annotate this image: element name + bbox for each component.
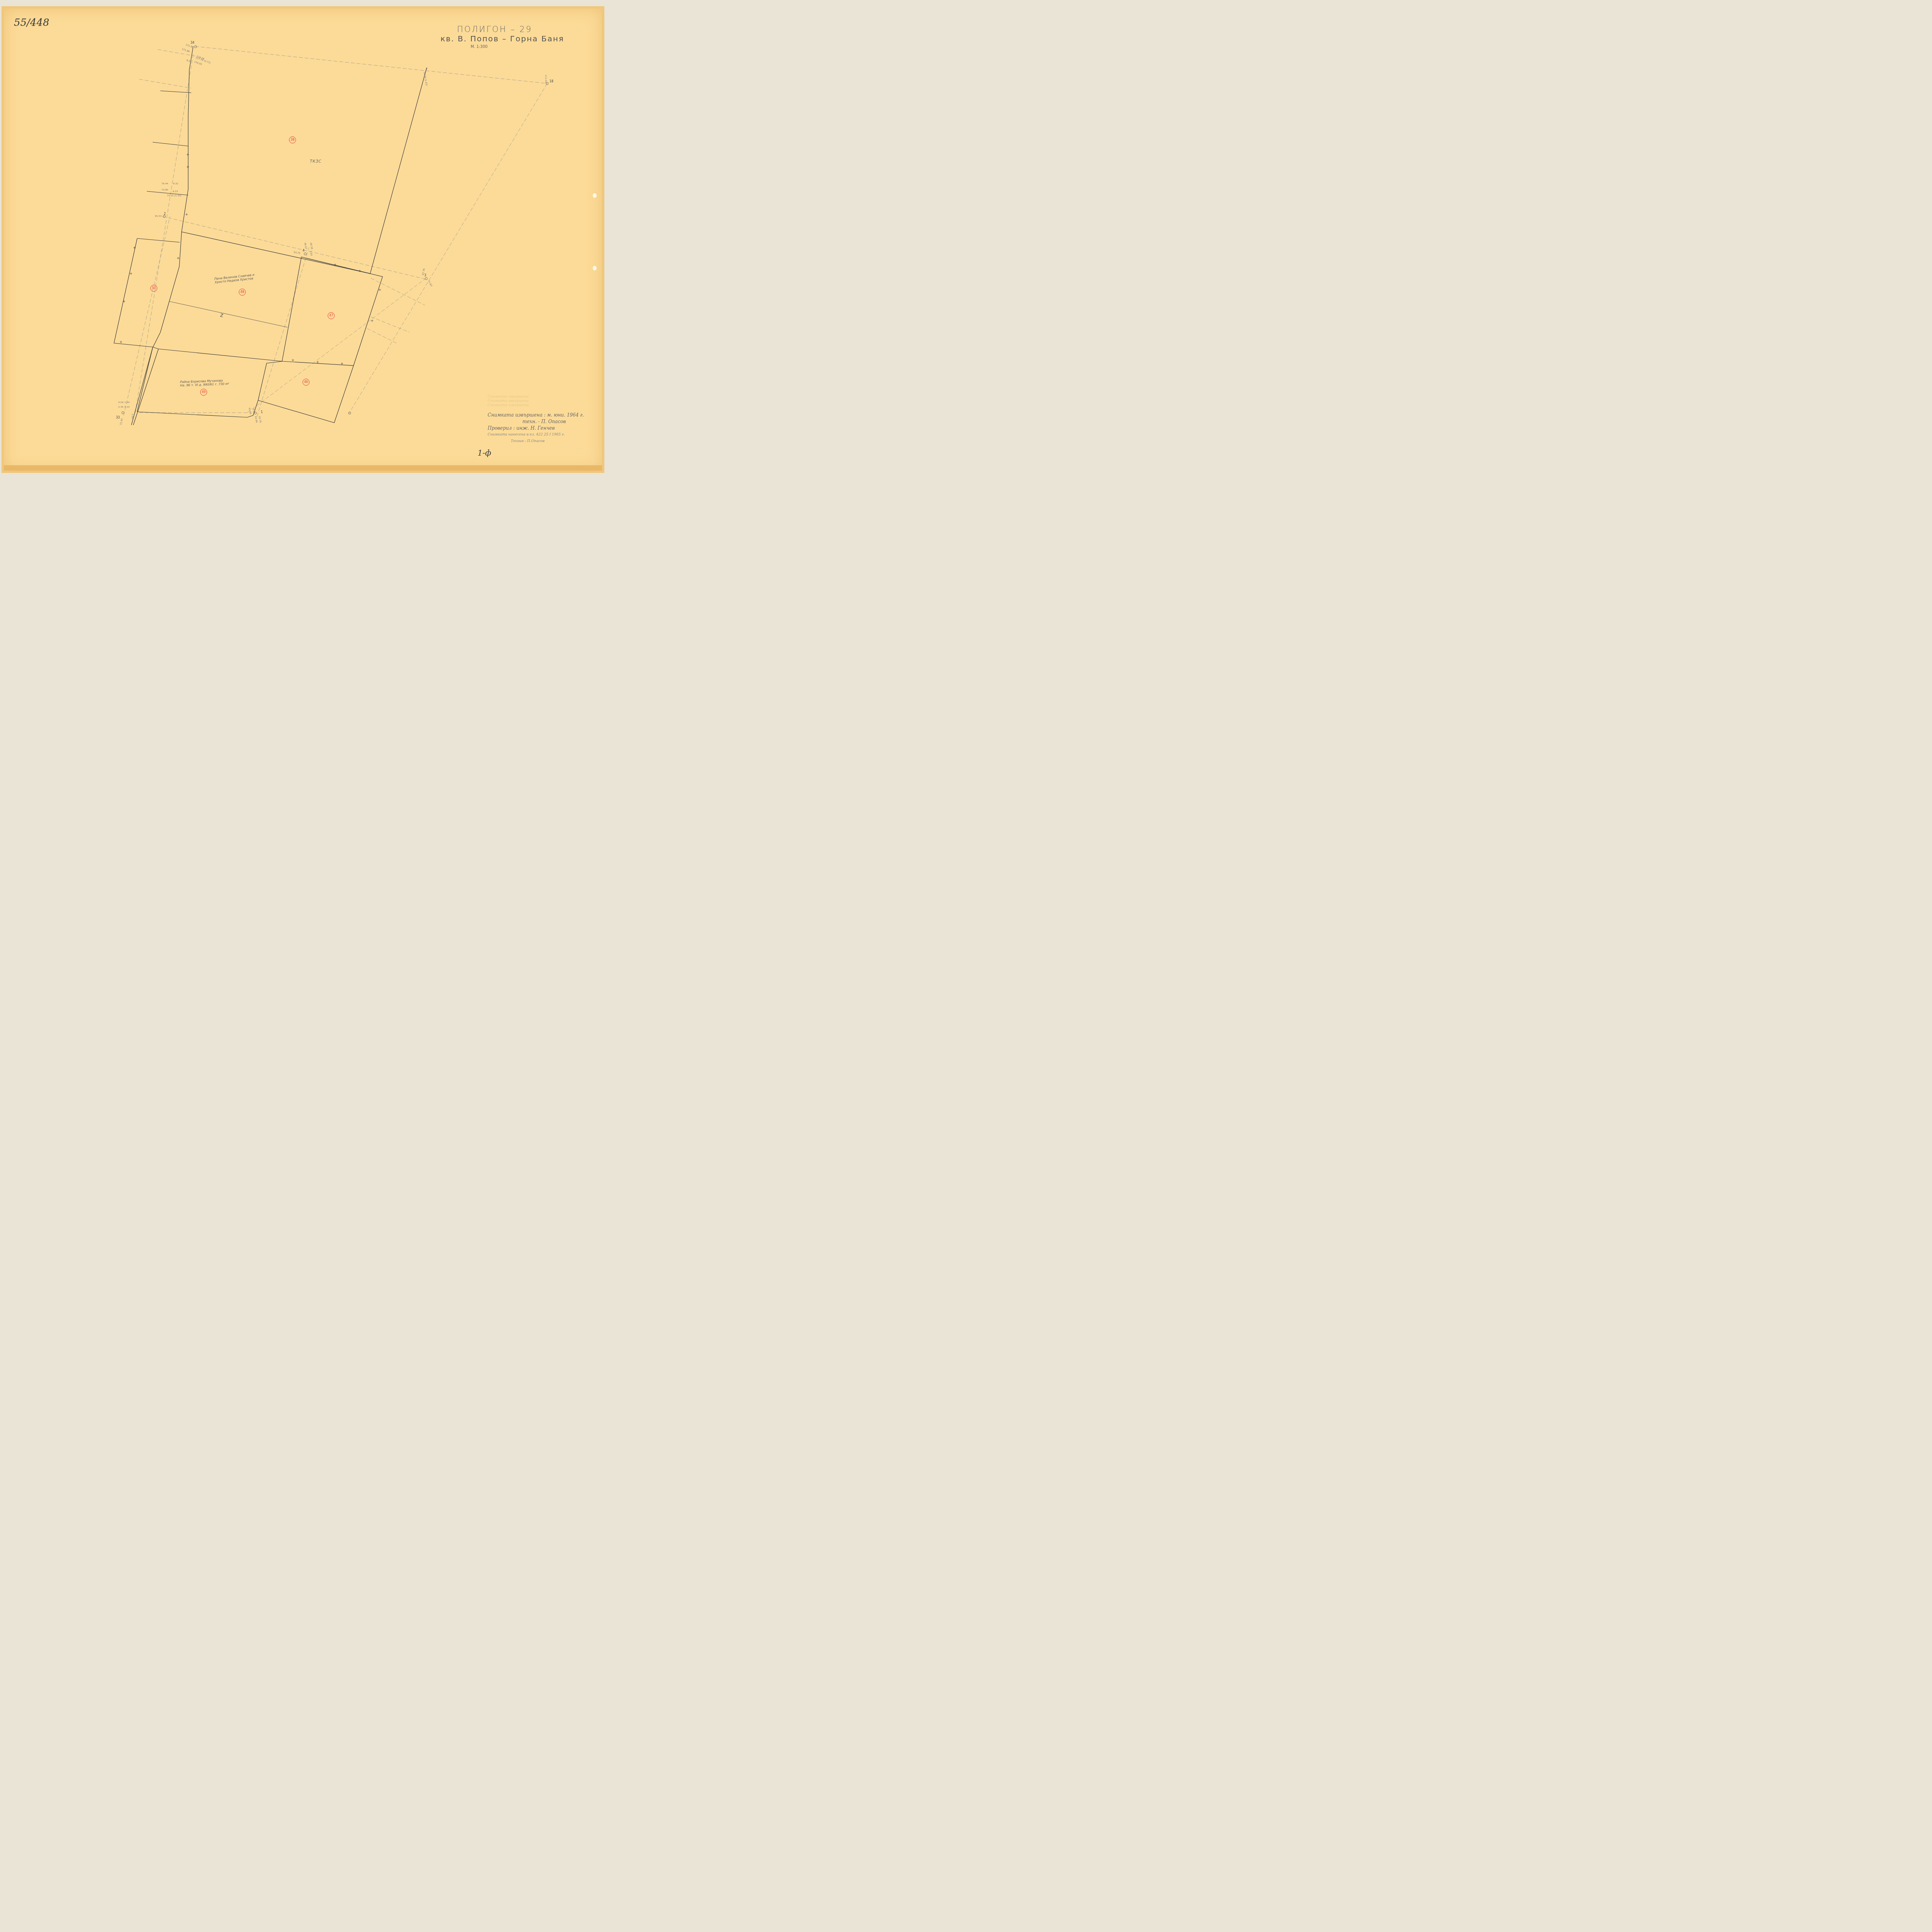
- parcel-number-38[interactable]: 38: [289, 136, 296, 143]
- survey-date: Снимката извършена : м. юни. 1964 г.: [488, 412, 596, 418]
- dimension: 73.15 (1.10): [167, 194, 181, 197]
- dimension: 76.44: [162, 182, 168, 185]
- point-18-label: 18: [549, 80, 553, 83]
- dimension: 3.06: [131, 414, 134, 419]
- point-18-value: 113.49: [544, 75, 547, 83]
- point-33-label: 33: [116, 416, 120, 419]
- surveyor: техн. - П. Опасов: [488, 418, 596, 425]
- parcel-number-47[interactable]: 47: [328, 312, 335, 319]
- parcel-number-49[interactable]: 49: [200, 389, 207, 396]
- dimension: 73.89: [162, 189, 168, 191]
- boundary-ticks: [120, 153, 381, 365]
- parcel-boundaries: [114, 46, 426, 425]
- parcel-number-50[interactable]: 50: [150, 285, 157, 292]
- point-2-label: 2: [164, 212, 166, 216]
- land-use-label: ТКЗС: [310, 160, 322, 164]
- parcel-number-46[interactable]: 46: [303, 379, 310, 386]
- archive-number: 55/448: [14, 17, 49, 29]
- dimension: 2.44: [118, 406, 123, 408]
- point-4-label: 4: [303, 249, 304, 252]
- checked-by: Проверил : инж. Н. Генчев: [488, 425, 596, 432]
- dividing-line: [169, 301, 287, 327]
- certification-block: Снимката извършена : м. юни. 1964 г. тех…: [488, 412, 596, 445]
- point-34-label: 34: [190, 41, 194, 44]
- dimension: 6.32: [173, 182, 178, 185]
- dimension: 1.94: [124, 401, 129, 404]
- dimension: 4.09: [118, 401, 123, 404]
- dimension: 5.10: [124, 406, 129, 408]
- title-block: ПОЛИГОН – 29 кв. В. Попов – Горна Баня М…: [425, 25, 580, 49]
- erased-note: Снимката завършенаСнимката завършенаСним…: [488, 395, 529, 408]
- sheet-mark: 1-ф: [478, 448, 491, 457]
- parcel-number-48[interactable]: 48: [239, 289, 246, 296]
- plotted-note: Снимката нанесена в кл. 422 25 I 1965 г.: [488, 432, 596, 438]
- survey-lines: [124, 46, 547, 417]
- technician: Техник : П.Опасов: [488, 438, 596, 445]
- district-title: кв. В. Попов – Горна Баня: [425, 34, 580, 43]
- point-2-value: 65.53: [155, 215, 162, 218]
- scale-label: М. 1:300: [379, 45, 580, 49]
- point-1-label: 1: [261, 410, 263, 414]
- dimension: 6.23: [173, 190, 178, 193]
- polygon-title: ПОЛИГОН – 29: [410, 25, 580, 34]
